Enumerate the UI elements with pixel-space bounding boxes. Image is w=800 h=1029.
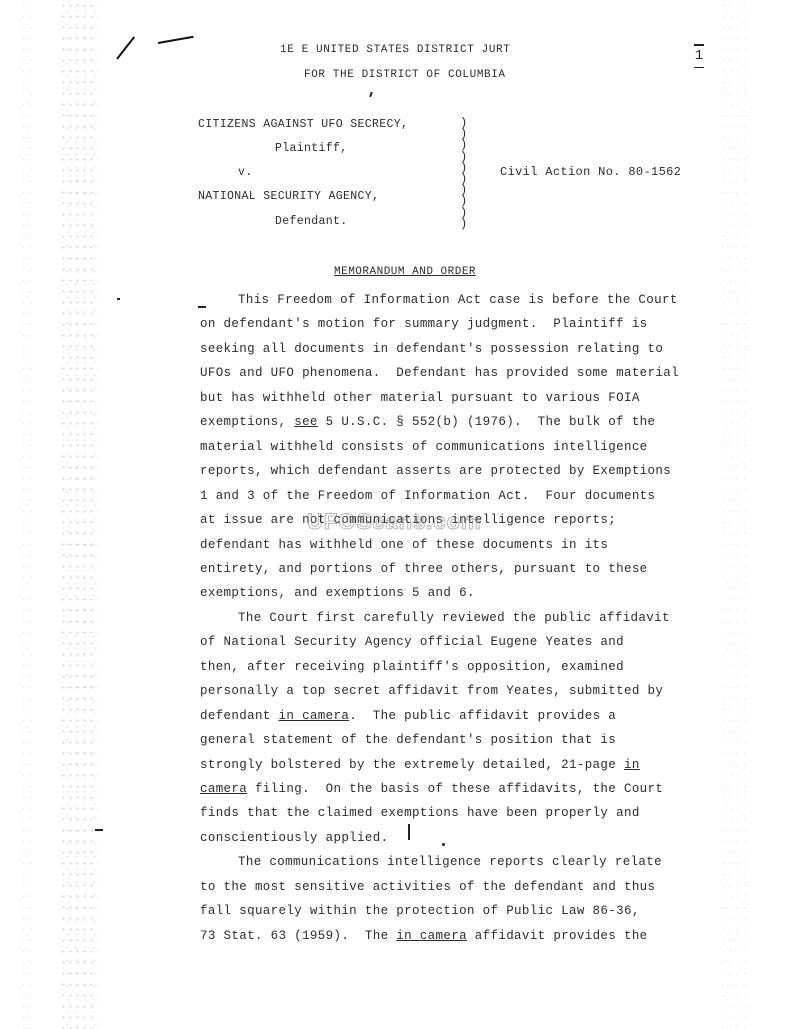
- body-text-line: The communications intelligence reports …: [238, 855, 662, 869]
- text-segment: affidavit provides the: [467, 929, 648, 943]
- text-segment: 5 U.S.C. § 552(b) (1976). The bulk of th…: [318, 415, 656, 429]
- body-text-line: UFOs and UFO phenomena. Defendant has pr…: [200, 366, 679, 380]
- document-title: MEMORANDUM AND ORDER: [334, 266, 476, 278]
- body-text-line: exemptions, see 5 U.S.C. § 552(b) (1976)…: [200, 415, 655, 429]
- body-text-line: defendant has withheld one of these docu…: [200, 538, 608, 552]
- defendant-role: Defendant.: [275, 215, 348, 228]
- scanned-document-page: 1 1E E UNITED STATES DISTRICT JURT FOR T…: [0, 0, 800, 1029]
- body-text-line: This Freedom of Information Act case is …: [238, 293, 678, 307]
- body-text-line: reports, which defendant asserts are pro…: [200, 464, 671, 478]
- margin-mark: [198, 306, 206, 308]
- body-text-line: but has withheld other material pursuant…: [200, 391, 640, 405]
- watermark: UFOScans.com: [307, 509, 482, 535]
- text-segment: filing. On the basis of these affidavits…: [247, 782, 663, 796]
- body-text-line: fall squarely within the protection of P…: [200, 904, 640, 918]
- margin-mark: [117, 298, 120, 300]
- underlined-term: in camera: [396, 929, 467, 943]
- body-text-line: general statement of the defendant's pos…: [200, 733, 616, 747]
- margin-mark: [442, 843, 445, 846]
- body-text-line: strongly bolstered by the extremely deta…: [200, 758, 640, 772]
- pen-mark: [158, 36, 194, 44]
- body-text-line: seeking all documents in defendant's pos…: [200, 342, 663, 356]
- margin-mark: [95, 829, 103, 831]
- body-text-line: camera filing. On the basis of these aff…: [200, 782, 663, 796]
- margin-mark: [408, 824, 410, 840]
- plaintiff-role: Plaintiff,: [275, 142, 348, 155]
- text-segment: 73 Stat. 63 (1959). The: [200, 929, 396, 943]
- underlined-term: camera: [200, 782, 247, 796]
- body-text-line: entirety, and portions of three others, …: [200, 562, 648, 576]
- body-text-line: material withheld consists of communicat…: [200, 440, 648, 454]
- page-number-marker: 1: [692, 44, 706, 68]
- body-text-line: finds that the claimed exemptions have b…: [200, 806, 640, 820]
- body-text-line: on defendant's motion for summary judgme…: [200, 317, 648, 331]
- plaintiff-name: CITIZENS AGAINST UFO SECRECY,: [198, 118, 408, 131]
- body-text-line: exemptions, and exemptions 5 and 6.: [200, 586, 475, 600]
- body-text-line: defendant in camera. The public affidavi…: [200, 709, 616, 723]
- body-text-line: 1 and 3 of the Freedom of Information Ac…: [200, 489, 655, 503]
- body-text-line: personally a top secret affidavit from Y…: [200, 684, 663, 698]
- pen-mark: [116, 36, 135, 59]
- text-segment: defendant: [200, 709, 279, 723]
- text-segment: exemptions,: [200, 415, 294, 429]
- text-segment: strongly bolstered by the extremely deta…: [200, 758, 624, 772]
- defendant-name: NATIONAL SECURITY AGENCY,: [198, 190, 379, 203]
- body-text-line: to the most sensitive activities of the …: [200, 880, 655, 894]
- body-text-line: then, after receiving plaintiff's opposi…: [200, 660, 624, 674]
- underlined-term: in camera: [279, 709, 350, 723]
- court-subheader: FOR THE DISTRICT OF COLUMBIA: [304, 69, 506, 81]
- scan-noise-left: [60, 0, 98, 1029]
- body-text-line: The Court first carefully reviewed the p…: [238, 611, 670, 625]
- body-text-line: of National Security Agency official Eug…: [200, 635, 624, 649]
- court-header: 1E E UNITED STATES DISTRICT JURT: [280, 44, 510, 56]
- underlined-term: in: [624, 758, 640, 772]
- scan-noise-left-edge: [20, 0, 32, 1029]
- margin-mark: [369, 92, 373, 97]
- scan-noise-right: [720, 0, 750, 1029]
- caption-bracket: ) ) ) ) ) ) ) ) ) ): [460, 118, 467, 230]
- versus-label: v.: [238, 166, 253, 179]
- body-text-line: conscientiously applied.: [200, 831, 388, 845]
- text-segment: . The public affidavit provides a: [349, 709, 616, 723]
- underlined-term: see: [294, 415, 318, 429]
- body-text-line: 73 Stat. 63 (1959). The in camera affida…: [200, 929, 648, 943]
- civil-action-number: Civil Action No. 80-1562: [500, 165, 681, 179]
